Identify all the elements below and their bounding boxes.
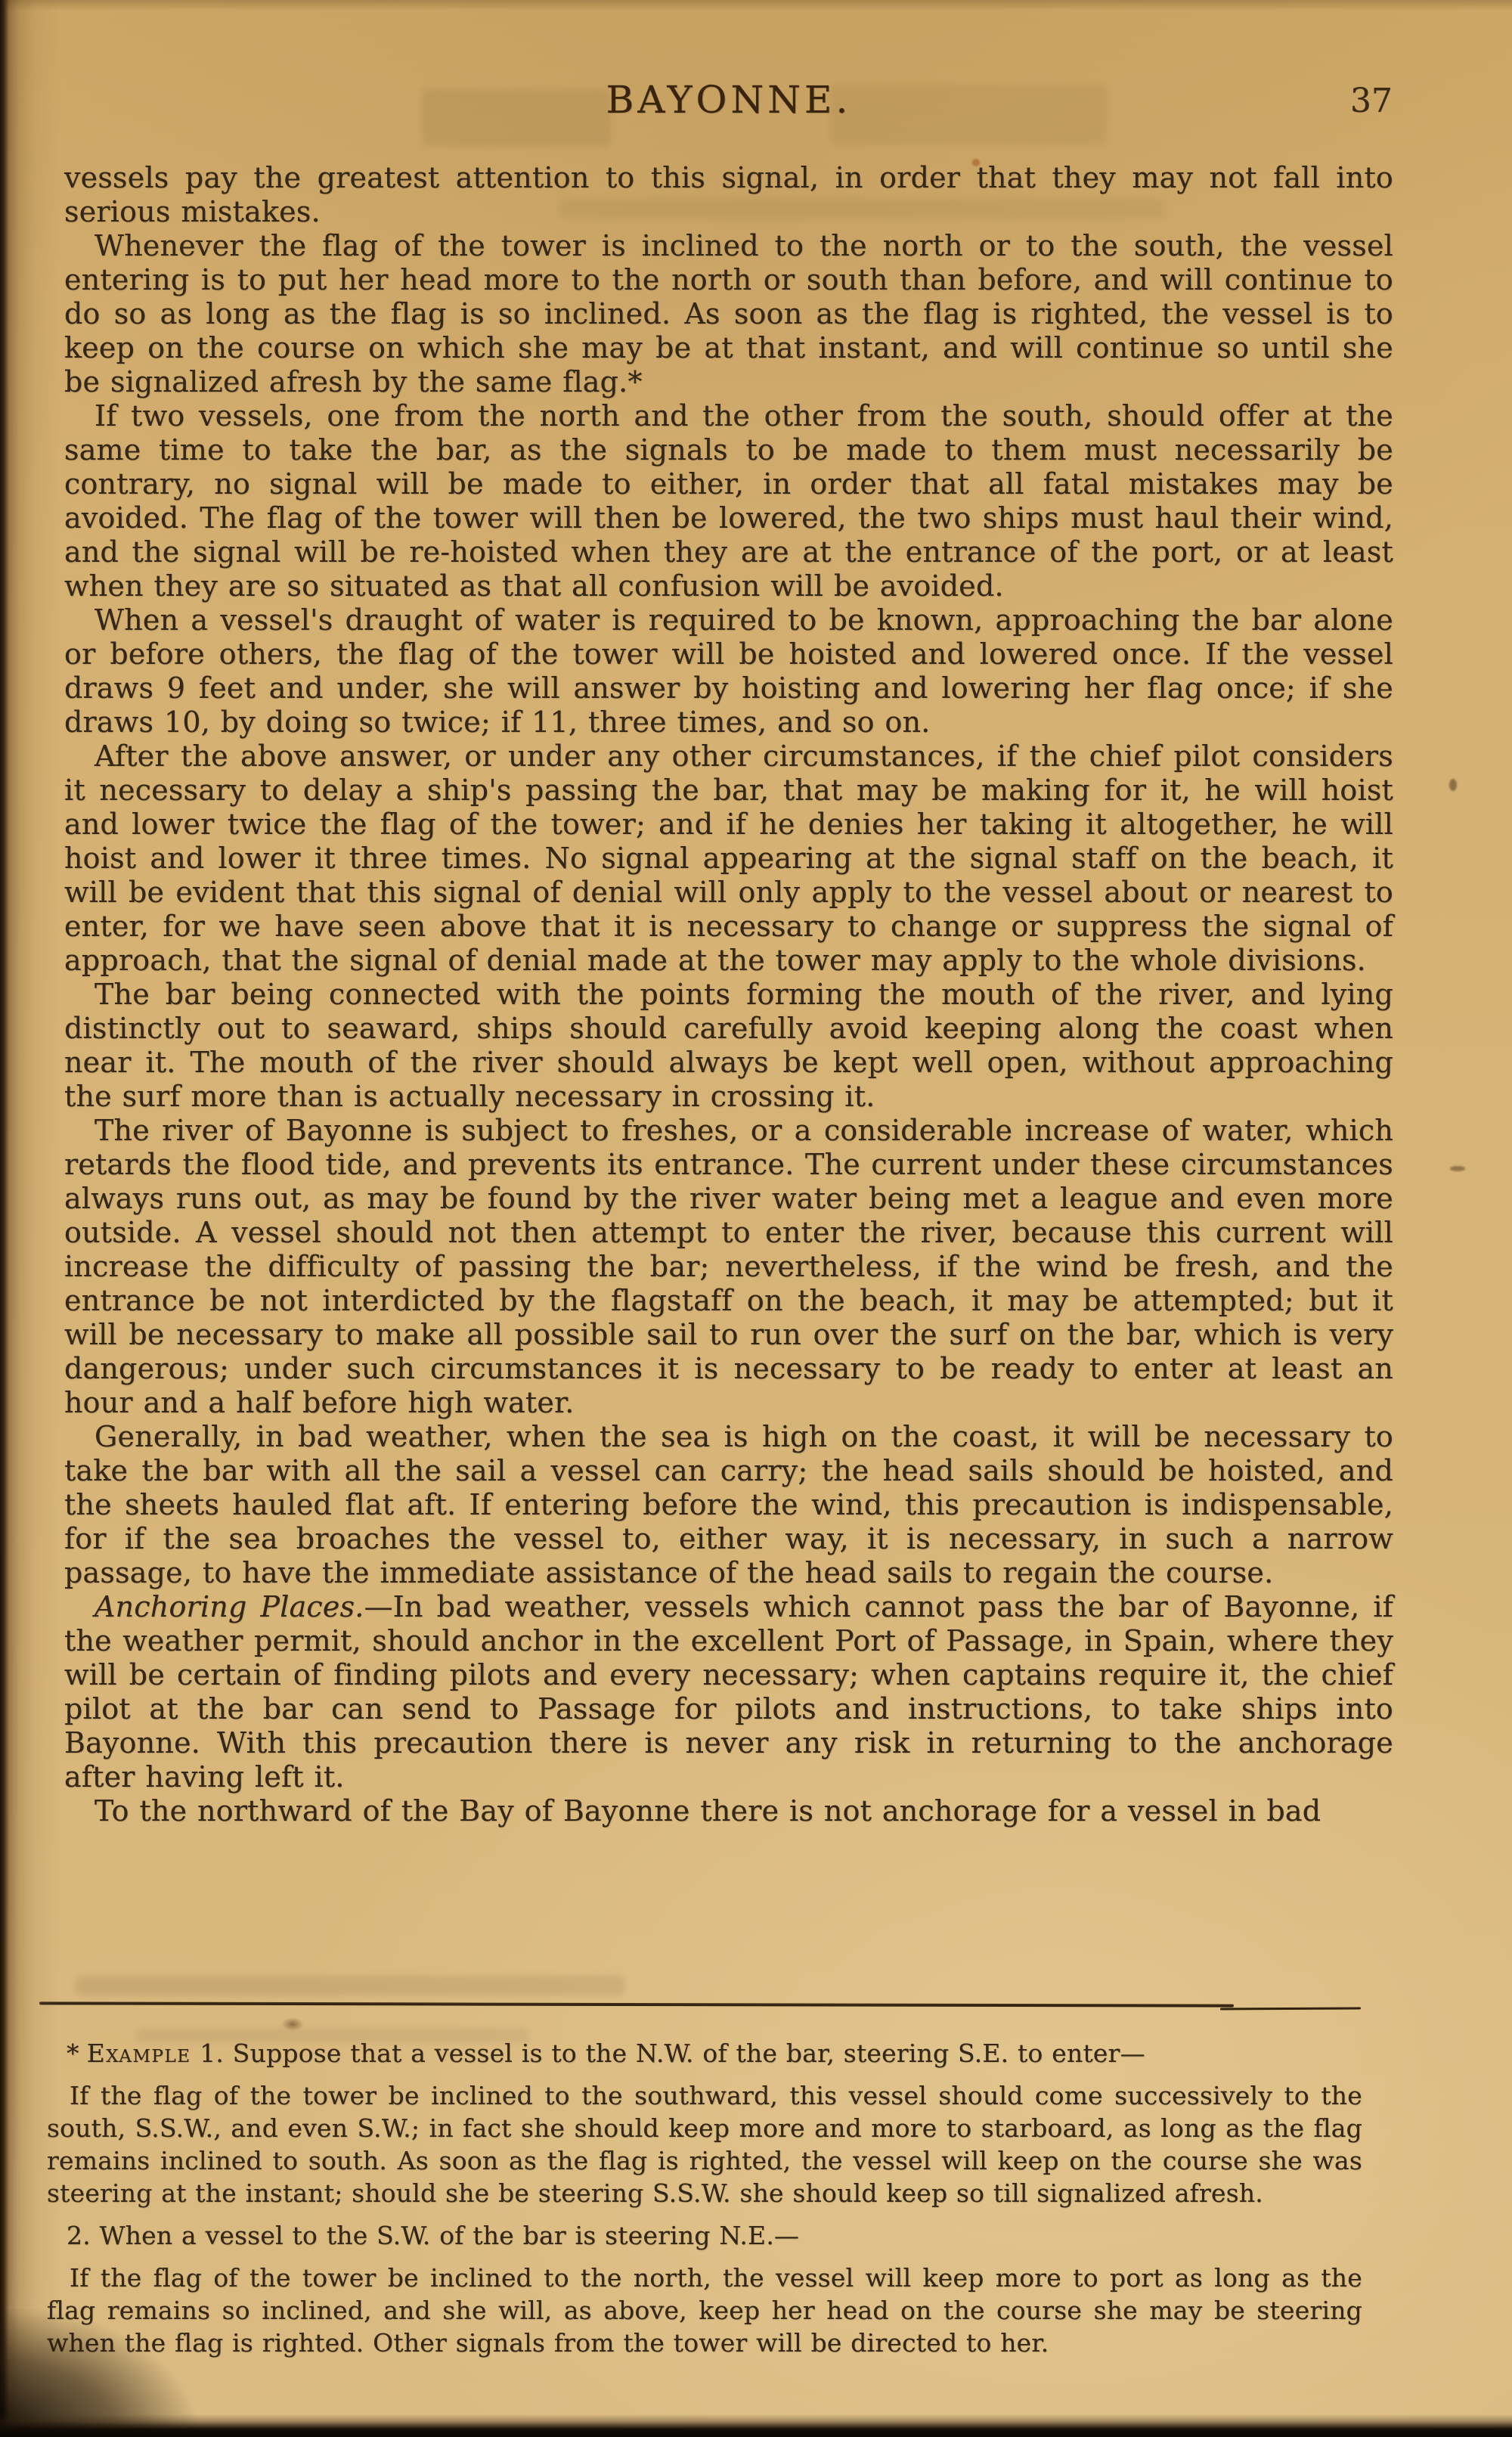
paragraph: The river of Bayonne is subject to fresh…: [64, 1114, 1393, 1420]
page-edge-bottom: [0, 2414, 1512, 2437]
page-number: 37: [1350, 82, 1393, 120]
ink-bleedthrough-smudge: [76, 1976, 624, 1995]
footnote-example-2: 2. When a vessel to the S.W. of the bar …: [47, 2219, 1362, 2252]
asterisk-marker: *: [67, 2039, 87, 2068]
footnote-divider-segment: [1220, 2008, 1361, 2011]
book-page-scan: BAYONNE. 37 vessels pay the greatest att…: [0, 0, 1512, 2437]
paper-stain: [1449, 779, 1457, 791]
footnotes: *Example 1. Suppose that a vessel is to …: [47, 2037, 1362, 2369]
paragraph: Whenever the flag of the tower is inclin…: [64, 229, 1393, 399]
footnote-example-1: *Example 1. Suppose that a vessel is to …: [47, 2037, 1362, 2070]
running-title: BAYONNE.: [64, 78, 1393, 122]
footnote-example-label: Example: [87, 2039, 191, 2068]
paragraph-lead-italic: Anchoring Places.: [94, 1590, 364, 1623]
paper-stain: [1450, 1166, 1465, 1171]
paragraph: When a vessel's draught of water is requ…: [64, 603, 1393, 739]
paragraph: Generally, in bad weather, when the sea …: [64, 1420, 1393, 1590]
footnote-divider: [39, 2001, 1234, 2007]
paper-stain: [281, 2017, 304, 2031]
paragraph: After the above answer, or under any oth…: [64, 739, 1393, 978]
paragraph: To the northward of the Bay of Bayonne t…: [64, 1794, 1393, 1828]
body-text: vessels pay the greatest attention to th…: [64, 161, 1393, 1828]
footnote-text: 1. Suppose that a vessel is to the N.W. …: [191, 2039, 1145, 2068]
footnote-paragraph: If the flag of the tower be inclined to …: [47, 2079, 1362, 2209]
footnote-paragraph: If the flag of the tower be inclined to …: [47, 2262, 1362, 2359]
paragraph: If two vessels, one from the north and t…: [64, 399, 1393, 603]
paragraph: vessels pay the greatest attention to th…: [64, 161, 1393, 229]
paragraph: The bar being connected with the points …: [64, 978, 1393, 1114]
paragraph-anchoring-places: Anchoring Places.—In bad weather, vessel…: [64, 1590, 1393, 1794]
page-edge-top-shadow: [0, 0, 1512, 11]
